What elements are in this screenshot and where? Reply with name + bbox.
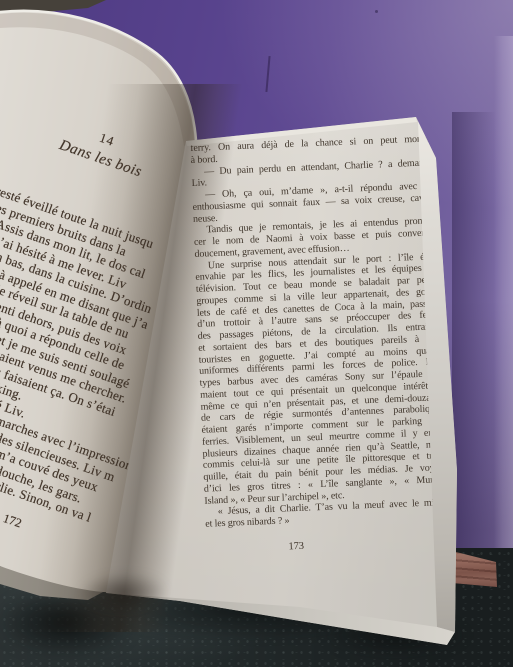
paragraph: Une surprise nous attendait sur le port … bbox=[195, 251, 447, 507]
wall-light-strip bbox=[494, 36, 513, 552]
right-page-number: 173 bbox=[236, 538, 356, 555]
wall-book-shadow bbox=[452, 112, 496, 552]
book-cast-shadow-left bbox=[0, 588, 160, 667]
right-page-text: ferry. On aura déjà de la chance si on p… bbox=[190, 133, 448, 556]
right-page-lines: ferry. On aura déjà de la chance si on p… bbox=[190, 133, 447, 530]
wall-spot bbox=[375, 10, 378, 13]
photo-scene: 14 Dans les bois resté éveillé toute la … bbox=[0, 0, 513, 667]
